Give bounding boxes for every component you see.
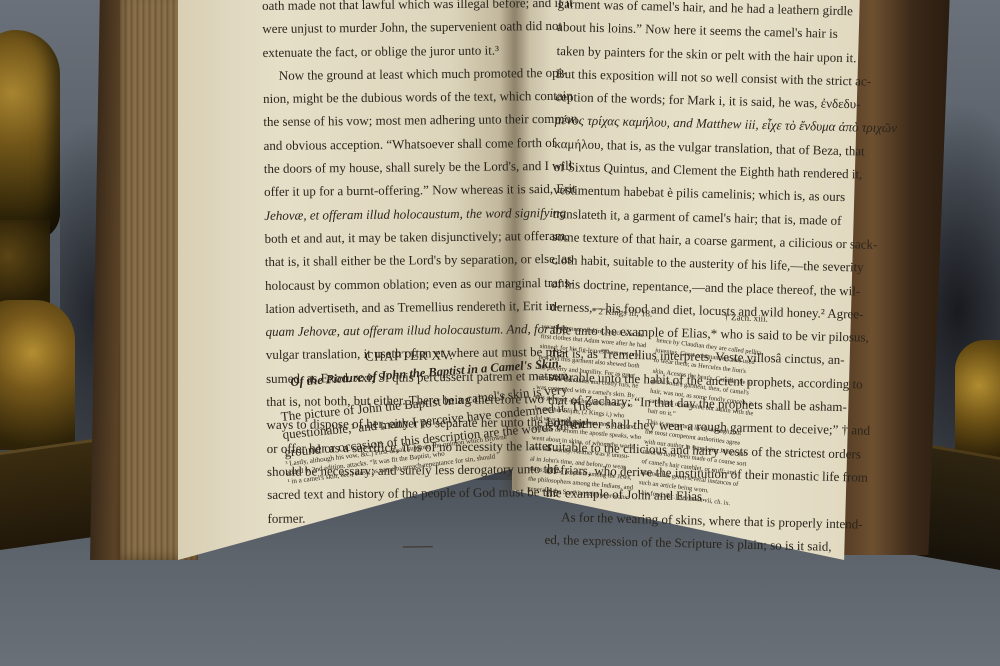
left-brass-bust-bookend — [0, 30, 100, 500]
text-line: offer it up for a burnt-offering.” Now w… — [264, 178, 514, 204]
bust-body — [0, 300, 75, 450]
text-line: Jehovæ, et offeram illud holocaustum, th… — [264, 201, 514, 227]
text-line: the sense of his vow; most men adhering … — [263, 108, 513, 134]
text-line: lation advertiseth, and as Tremellius re… — [265, 294, 515, 320]
text-line: nion, might be the dubious words of the … — [263, 85, 513, 111]
text-line: holocaust by common oblation; even as ou… — [265, 271, 515, 297]
text-line: both et and aut, it may be taken disjunc… — [264, 224, 514, 250]
bust-head — [0, 30, 60, 240]
text-line: quam Jehovæ, aut offeram illud holocaust… — [265, 318, 515, 344]
text-line: extenuate the fact, or oblige the juror … — [262, 38, 512, 64]
chapter-heading: CHAPTER XV. — [365, 347, 454, 365]
text-line: that is, it shall either be the Lord's b… — [265, 248, 515, 274]
text-line: were unjust to murder John, the superven… — [262, 15, 512, 41]
bust-neck — [0, 220, 50, 310]
text-line: the doors of my house, shall surely be t… — [264, 154, 514, 180]
editor-notes-left-column: wear a garment of skins, which was the f… — [527, 322, 650, 504]
text-line: former. — [267, 504, 517, 530]
section-divider — [403, 546, 433, 547]
editor-notes-right-column: hence by Claudian they are called pellit… — [637, 336, 762, 511]
text-line: Now the ground at least which much promo… — [263, 61, 513, 87]
photo-scene: oath made not that lawful which was ille… — [0, 0, 1000, 666]
footmark: † Zach. xiii. — [724, 312, 768, 324]
text-line: and obvious acception. “Whatsoever shall… — [263, 131, 513, 157]
